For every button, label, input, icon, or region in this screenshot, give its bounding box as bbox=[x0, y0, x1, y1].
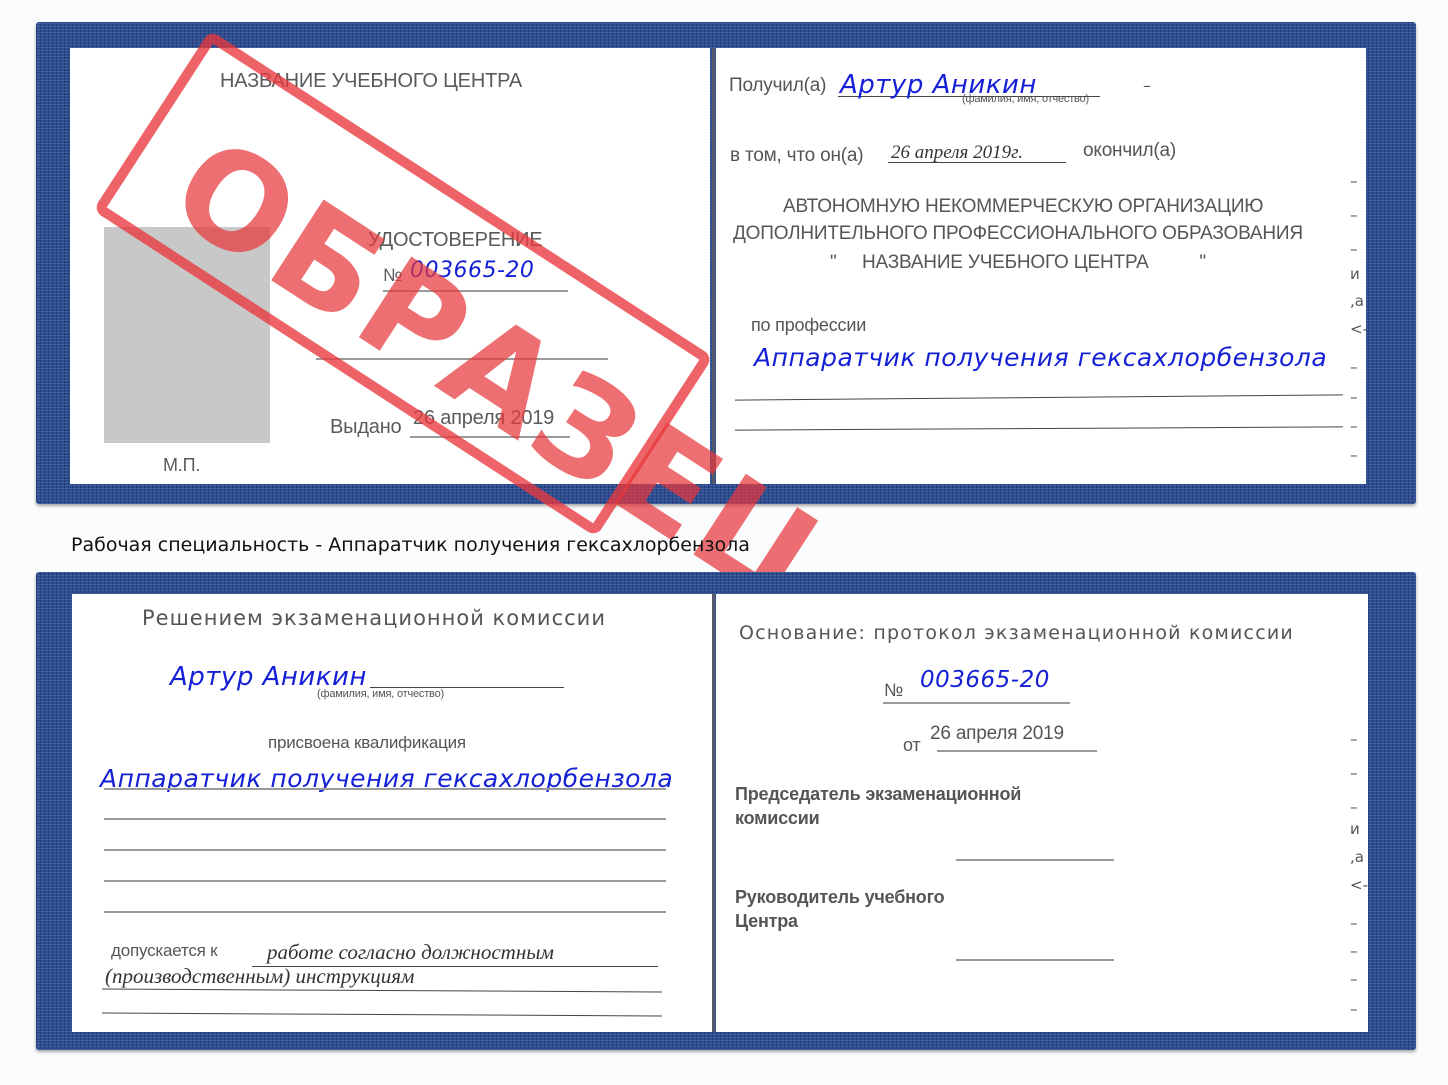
qualification-line-2 bbox=[104, 818, 666, 820]
profession-label: по профессии bbox=[751, 315, 866, 336]
edge-char: <- bbox=[1350, 320, 1368, 338]
edge-char: – bbox=[1350, 446, 1358, 464]
org-line-3: " НАЗВАНИЕ УЧЕБНОГО ЦЕНТРА " bbox=[830, 252, 1206, 274]
finished-label: окончил(а) bbox=[1083, 140, 1176, 162]
specialty-caption: Рабочая специальность - Аппаратчик получ… bbox=[71, 534, 750, 556]
admitted-label: допускается к bbox=[111, 941, 217, 961]
org-line-2: ДОПОЛНИТЕЛЬНОГО ПРОФЕССИОНАЛЬНОГО ОБРАЗО… bbox=[733, 223, 1303, 245]
edge-char: – bbox=[1350, 730, 1358, 748]
received-dash: – bbox=[1143, 76, 1151, 95]
protocol-date: 26 апреля 2019 bbox=[930, 723, 1064, 745]
edge-char: ,а bbox=[1350, 848, 1364, 866]
qualification-label: присвоена квалификация bbox=[268, 733, 466, 753]
edge-char: – bbox=[1350, 914, 1358, 932]
issued-label: Выдано bbox=[330, 416, 401, 439]
edge-char: – bbox=[1350, 970, 1358, 988]
edge-char: и bbox=[1350, 265, 1360, 283]
org-line-1: АВТОНОМНУЮ НЕКОММЕРЧЕСКУЮ ОРГАНИЗАЦИЮ bbox=[783, 196, 1263, 218]
chairman-label-1: Председатель экзаменационной bbox=[735, 784, 1021, 805]
edge-char: – bbox=[1350, 388, 1358, 406]
admitted-line-2: (производственным) инструкциям bbox=[105, 964, 414, 989]
edge-char: ,а bbox=[1350, 292, 1364, 310]
qualification-line-3 bbox=[104, 849, 666, 851]
edge-char: – bbox=[1350, 417, 1358, 435]
protocol-number-label: № bbox=[884, 680, 903, 701]
edge-char: – bbox=[1350, 206, 1358, 224]
edge-char: – bbox=[1350, 358, 1358, 376]
head-signature-line bbox=[956, 959, 1114, 961]
protocol-date-label: от bbox=[903, 735, 920, 756]
protocol-date-underline bbox=[937, 750, 1097, 752]
in-that-label: в том, что он(а) bbox=[730, 145, 863, 167]
edge-char: – bbox=[1350, 764, 1358, 782]
edge-char: – bbox=[1350, 1000, 1358, 1018]
qualification-line-1 bbox=[104, 788, 666, 790]
edge-char: – bbox=[1350, 240, 1358, 258]
protocol-number-underline bbox=[883, 702, 1070, 704]
basis-title: Основание: протокол экзаменационной коми… bbox=[739, 622, 1294, 644]
edge-char: – bbox=[1350, 942, 1358, 960]
received-label: Получил(а) bbox=[729, 75, 826, 97]
bottom-spine bbox=[712, 594, 715, 1032]
qualification-line-5 bbox=[104, 911, 666, 913]
profession-value: Аппаратчик получения гексахлорбензола bbox=[754, 343, 1327, 372]
qualification-line-4 bbox=[104, 880, 666, 882]
edge-char: и bbox=[1350, 820, 1360, 838]
edge-char: – bbox=[1350, 798, 1358, 816]
top-spine bbox=[712, 48, 715, 484]
chairman-signature-line bbox=[956, 859, 1114, 861]
head-label-1: Руководитель учебного bbox=[735, 887, 944, 908]
edge-char: <- bbox=[1350, 876, 1368, 894]
head-label-2: Центра bbox=[735, 911, 798, 932]
chairman-label-2: комиссии bbox=[735, 808, 819, 829]
seal-label: М.П. bbox=[163, 455, 200, 476]
name-caption: (фамилия, имя, отчество) bbox=[962, 93, 1089, 105]
decision-title: Решением экзаменационной комиссии bbox=[142, 606, 606, 630]
person-name-caption: (фамилия, имя, отчество) bbox=[317, 688, 444, 700]
edge-char: – bbox=[1350, 172, 1358, 190]
admitted-line-1: работе согласно должностным bbox=[267, 940, 554, 965]
in-that-date: 26 апреля 2019г. bbox=[891, 142, 1023, 164]
in-that-underline bbox=[888, 162, 1066, 163]
protocol-number: 003665-20 bbox=[920, 667, 1050, 693]
